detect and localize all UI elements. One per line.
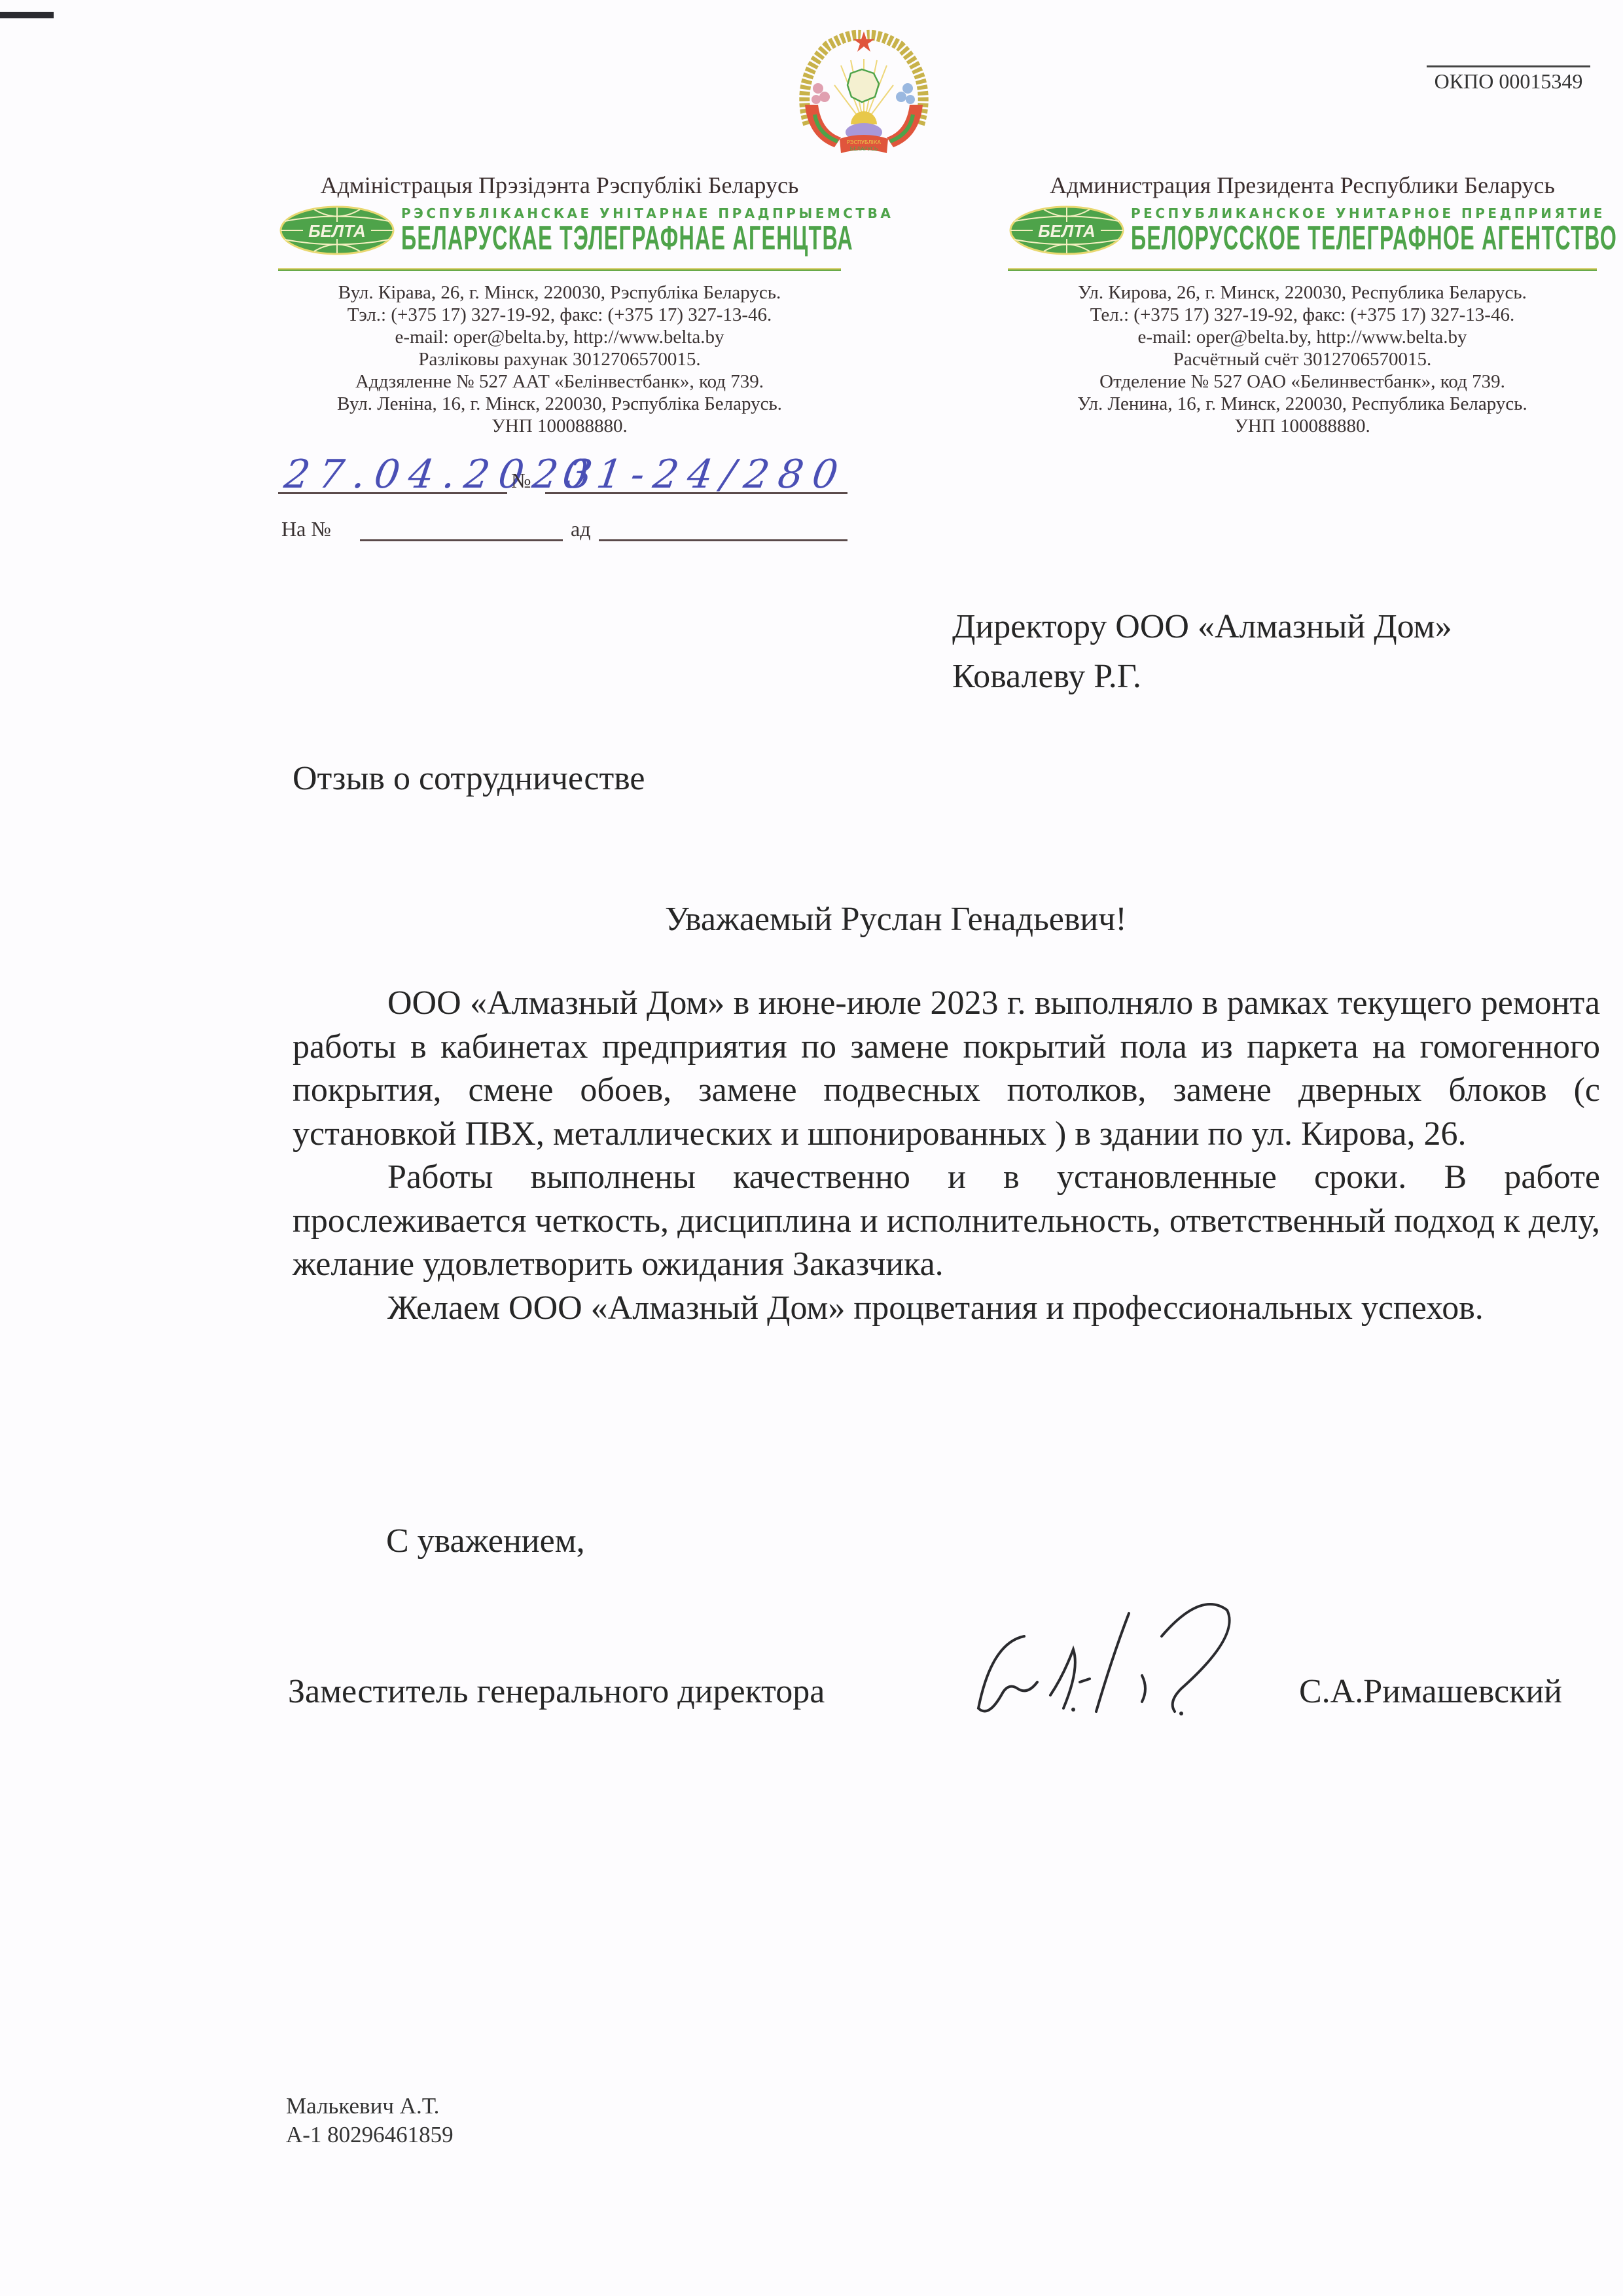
belta-globe-logo-icon: БЕЛТА bbox=[278, 205, 396, 256]
handwritten-date: 27.04.2023 bbox=[281, 452, 604, 497]
handwritten-reg-number: 01-24/280 bbox=[560, 452, 850, 497]
signer-title: Заместитель генерального директора bbox=[288, 1672, 825, 1711]
body-paragraph: ООО «Алмазный Дом» в июне-июле 2023 г. в… bbox=[293, 982, 1600, 1156]
executor-phone: А-1 80296461859 bbox=[286, 2121, 454, 2149]
addressee-name: Ковалеву Р.Г. bbox=[952, 652, 1452, 702]
bank-line: Отделение № 527 ОАО «Белинвестбанк», код… bbox=[1008, 370, 1597, 393]
svg-text:БЕЛАРУСЬ: БЕЛАРУСЬ bbox=[850, 146, 878, 152]
body-paragraph: Работы выполнены качественно и в установ… bbox=[293, 1156, 1600, 1287]
bank-address-line: Ул. Ленина, 16, г. Минск, 220030, Респуб… bbox=[1008, 393, 1597, 415]
reply-to-label: На № bbox=[281, 517, 331, 541]
executor-block: Малькевич А.Т. А-1 80296461859 bbox=[286, 2092, 454, 2149]
admin-title-ru: Администрация Президента Республики Бела… bbox=[1008, 171, 1597, 199]
reply-from-label: ад bbox=[571, 517, 590, 541]
reply-reference-line: На № ад bbox=[278, 517, 847, 543]
letterhead-belarusian: Адміністрацыя Прэзідэнта Рэспублікі Бела… bbox=[278, 171, 841, 437]
address-line: Вул. Кірава, 26, г. Мінск, 220030, Рэспу… bbox=[278, 281, 841, 304]
svg-text:БЕЛТА: БЕЛТА bbox=[308, 221, 366, 241]
brand-title-be: БЕЛАРУСКАЕ ТЭЛЕГРАФНАЕ АГЕНЦТВА bbox=[401, 221, 853, 255]
salutation: Уважаемый Руслан Генадьевич! bbox=[0, 900, 1623, 939]
addressee-block: Директору ООО «Алмазный Дом» Ковалеву Р.… bbox=[952, 602, 1452, 702]
addressee-position: Директору ООО «Алмазный Дом» bbox=[952, 602, 1452, 652]
brand-block-be: БЕЛТА РЭСПУБЛІКАНСКАЕ УНІТАРНАЕ ПРАДПРЫЕ… bbox=[278, 204, 841, 257]
signer-name: С.А.Римашевский bbox=[1299, 1672, 1562, 1711]
letterhead-russian: Администрация Президента Республики Бела… bbox=[1008, 171, 1597, 437]
brand-block-ru: БЕЛТА РЕСПУБЛИКАНСКОЕ УНИТАРНОЕ ПРЕДПРИЯ… bbox=[1008, 204, 1597, 257]
svg-text:БЕЛТА: БЕЛТА bbox=[1038, 221, 1096, 241]
body-paragraph: Желаем ООО «Алмазный Дом» процветания и … bbox=[293, 1287, 1600, 1331]
letter-subject: Отзыв о сотрудничестве bbox=[293, 759, 645, 798]
address-block-ru: Ул. Кирова, 26, г. Минск, 220030, Респуб… bbox=[1008, 281, 1597, 437]
header-divider-be bbox=[278, 268, 841, 271]
number-sign: № bbox=[511, 469, 531, 493]
scan-edge-artifact bbox=[0, 12, 54, 18]
closing-phrase: С уважением, bbox=[386, 1522, 585, 1560]
email-line: e-mail: oper@belta.by, http://www.belta.… bbox=[1008, 326, 1597, 348]
header-divider-ru bbox=[1008, 268, 1597, 271]
phone-line: Тэл.: (+375 17) 327-19-92, факс: (+375 1… bbox=[278, 304, 841, 326]
unp-line: УНП 100088880. bbox=[278, 415, 841, 437]
brand-text-ru: РЕСПУБЛИКАНСКОЕ УНИТАРНОЕ ПРЕДПРИЯТИЕ БЕ… bbox=[1126, 206, 1623, 255]
address-block-be: Вул. Кірава, 26, г. Мінск, 220030, Рэспу… bbox=[278, 281, 841, 437]
belta-globe-logo-icon: БЕЛТА bbox=[1008, 205, 1126, 256]
registration-line: 27.04.2023 № 01-24/280 bbox=[278, 452, 847, 497]
reply-number-underline bbox=[360, 539, 563, 541]
email-line: e-mail: oper@belta.by, http://www.belta.… bbox=[278, 326, 841, 348]
brand-title-ru: БЕЛОРУССКОЕ ТЕЛЕГРАФНОЕ АГЕНТСТВО bbox=[1131, 221, 1617, 255]
unp-line: УНП 100088880. bbox=[1008, 415, 1597, 437]
signature-row: Заместитель генерального директора С.А.Р… bbox=[288, 1672, 1623, 1725]
account-line: Расчётный счёт 3012706570015. bbox=[1008, 348, 1597, 370]
address-line: Ул. Кирова, 26, г. Минск, 220030, Респуб… bbox=[1008, 281, 1597, 304]
account-line: Разліковы рахунак 3012706570015. bbox=[278, 348, 841, 370]
svg-text:РЭСПУБЛІКА: РЭСПУБЛІКА bbox=[847, 139, 881, 145]
executor-name: Малькевич А.Т. bbox=[286, 2092, 454, 2121]
phone-line: Тел.: (+375 17) 327-19-92, факс: (+375 1… bbox=[1008, 304, 1597, 326]
admin-title-be: Адміністрацыя Прэзідэнта Рэспублікі Бела… bbox=[278, 171, 841, 199]
bank-line: Аддзяленне № 527 ААТ «Белінвестбанк», ко… bbox=[278, 370, 841, 393]
reply-date-underline bbox=[599, 539, 847, 541]
letter-body: ООО «Алмазный Дом» в июне-июле 2023 г. в… bbox=[293, 982, 1600, 1330]
belarus-coat-of-arms-icon: РЭСПУБЛІКА БЕЛАРУСЬ bbox=[789, 26, 939, 157]
okpo-rule bbox=[1427, 65, 1590, 67]
okpo-code: ОКПО 00015349 bbox=[1427, 69, 1590, 94]
bank-address-line: Вул. Леніна, 16, г. Мінск, 220030, Рэспу… bbox=[278, 393, 841, 415]
